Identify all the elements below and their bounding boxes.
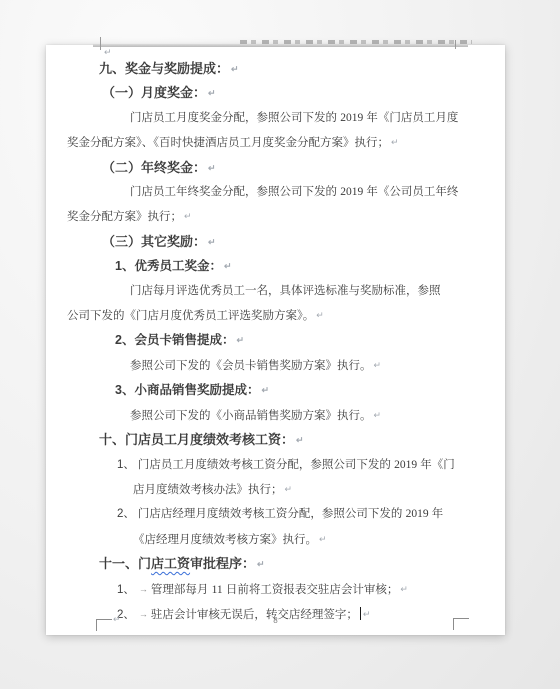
list-item-number: 2、 [117, 508, 135, 520]
top-left-margin-mark [100, 37, 101, 50]
list-item-number: 1、 [117, 459, 135, 471]
paragraph-mark: ↵ [316, 310, 324, 320]
body-text: 参照公司下发的《会员卡销售奖励方案》执行。 [130, 360, 372, 372]
body-text: 管理部每月 11 日前将工资报表交驻店会计审核； [151, 584, 398, 596]
document-viewer-canvas: ↵ 九、奖金与奖励提成：↵ （一）月度奖金：↵ 门店员工月度奖金分配，参照公司下… [0, 0, 560, 689]
document-body: 九、奖金与奖励提成：↵ （一）月度奖金：↵ 门店员工月度奖金分配，参照公司下发的… [46, 57, 505, 627]
digit-run: 2019 [340, 112, 363, 124]
digit-run: 11 [212, 584, 223, 596]
paragraph-line[interactable]: 奖金分配方案》、《百时快捷酒店员工月度奖金分配方案》执行；↵ [46, 130, 505, 155]
paragraph-line[interactable]: 公司下发的《门店月度优秀员工评选奖励方案》。↵ [46, 303, 505, 328]
body-text: 公司下发的《门店月度优秀员工评选奖励方案》。 [67, 310, 314, 322]
paragraph-line[interactable]: 门店员工月度奖金分配，参照公司下发的 2019 年《门店员工月度 [46, 106, 505, 130]
heading-text: 审批程序： [190, 556, 255, 571]
paragraph-mark: ↵ [391, 137, 399, 147]
heading-text: 九、奖金与奖励提成： [99, 61, 229, 76]
body-text: 《店经理月度绩效考核方案》执行。 [133, 534, 317, 546]
list-item[interactable]: 1、→管理部每月 11 日前将工资报表交驻店会计审核；↵ [46, 577, 505, 602]
body-text: 门店每月评选优秀员工一名，具体评选标准与奖励标准，参照 [130, 285, 441, 297]
paragraph-line[interactable]: 奖金分配方案》执行；↵ [46, 204, 505, 229]
paragraph-mark: ↵ [257, 559, 265, 569]
body-text: 门店员工月度绩效考核工资分配，参照公司下发的 2019 年《门 [138, 459, 455, 471]
paragraph-mark: ↵ [208, 163, 216, 173]
heading-11[interactable]: 十一、门店工资审批程序：↵ [46, 552, 505, 576]
heading-9-1[interactable]: （一）月度奖金：↵ [46, 81, 505, 105]
paragraph-line[interactable]: 《店经理月度绩效考核方案》执行。↵ [46, 527, 505, 552]
heading-10[interactable]: 十、门店员工月度绩效考核工资：↵ [46, 428, 505, 452]
heading-text: （二）年终奖金： [102, 160, 206, 175]
heading-text: （一）月度奖金： [102, 85, 206, 100]
digit-run: 2019 [394, 459, 417, 471]
paragraph-line[interactable]: 店月度绩效考核办法》执行；↵ [46, 477, 505, 502]
heading-text: 十一、门 [99, 556, 151, 571]
heading-9-3[interactable]: （三）其它奖励：↵ [46, 230, 505, 254]
top-right-margin-mark [455, 40, 456, 49]
tab-character-mark: → [139, 584, 148, 594]
paragraph-mark: ↵ [374, 360, 382, 370]
heading-text: 十、门店员工月度绩效考核工资： [99, 432, 294, 447]
paragraph-line[interactable]: 门店每月评选优秀员工一名，具体评选标准与奖励标准，参照 [46, 279, 505, 303]
digit-run: 2019 [406, 508, 429, 520]
heading-text: （三）其它奖励： [102, 234, 206, 249]
paragraph-mark: ↵ [296, 435, 304, 445]
list-item[interactable]: 2、门店店经理月度绩效考核工资分配，参照公司下发的 2019 年 [46, 502, 505, 526]
heading-9[interactable]: 九、奖金与奖励提成：↵ [46, 57, 505, 81]
paragraph-mark: ↵ [261, 385, 269, 395]
paragraph-line[interactable]: 门店员工年终奖金分配，参照公司下发的 2019 年《公司员工年终 [46, 180, 505, 204]
heading-9-2[interactable]: （二）年终奖金：↵ [46, 156, 505, 180]
list-item-number: 1、 [117, 584, 135, 596]
body-text: 门店店经理月度绩效考核工资分配，参照公司下发的 2019 年 [138, 508, 443, 520]
body-text: 参照公司下发的《小商品销售奖励方案》执行。 [130, 410, 372, 422]
body-text: 奖金分配方案》执行； [67, 211, 182, 223]
paragraph-mark: ↵ [285, 484, 293, 494]
subheading-2[interactable]: 2、会员卡销售提成：↵ [46, 328, 505, 352]
page-top-boundary [93, 44, 468, 47]
body-text: 门店员工月度奖金分配，参照公司下发的 2019 年《门店员工月度 [130, 112, 458, 124]
page-number: 8 [46, 616, 505, 625]
subheading-3[interactable]: 3、小商品销售奖励提成：↵ [46, 378, 505, 402]
paragraph-mark: ↵ [231, 64, 239, 74]
subheading-1[interactable]: 1、优秀员工奖金：↵ [46, 254, 505, 278]
list-item[interactable]: 1、门店员工月度绩效考核工资分配，参照公司下发的 2019 年《门 [46, 453, 505, 477]
paragraph-line[interactable]: 参照公司下发的《小商品销售奖励方案》执行。↵ [46, 403, 505, 428]
paragraph-mark: ↵ [224, 261, 232, 271]
body-text: 门店员工年终奖金分配，参照公司下发的 2019 年《公司员工年终 [130, 186, 458, 198]
heading-text: 3、小商品销售奖励提成： [115, 383, 259, 397]
paragraph-mark: ↵ [319, 534, 327, 544]
digit-run: 2019 [340, 186, 363, 198]
paragraph-mark: ↵ [184, 211, 192, 221]
paragraph-mark: ↵ [374, 410, 382, 420]
spellcheck-wavy-underline-text: 店工资 [151, 556, 190, 571]
paragraph-mark: ↵ [236, 335, 244, 345]
heading-text: 2、会员卡销售提成： [115, 333, 234, 347]
paragraph-line[interactable]: 参照公司下发的《会员卡销售奖励方案》执行。↵ [46, 353, 505, 378]
body-text: 店月度绩效考核办法》执行； [133, 484, 283, 496]
document-page[interactable]: ↵ 九、奖金与奖励提成：↵ （一）月度奖金：↵ 门店员工月度奖金分配，参照公司下… [46, 45, 505, 635]
paragraph-mark: ↵ [400, 584, 408, 594]
heading-text: 1、优秀员工奖金： [115, 259, 222, 273]
paragraph-mark: ↵ [208, 237, 216, 247]
paragraph-mark: ↵ [208, 88, 216, 98]
body-text: 奖金分配方案》、《百时快捷酒店员工月度奖金分配方案》执行； [67, 137, 389, 149]
